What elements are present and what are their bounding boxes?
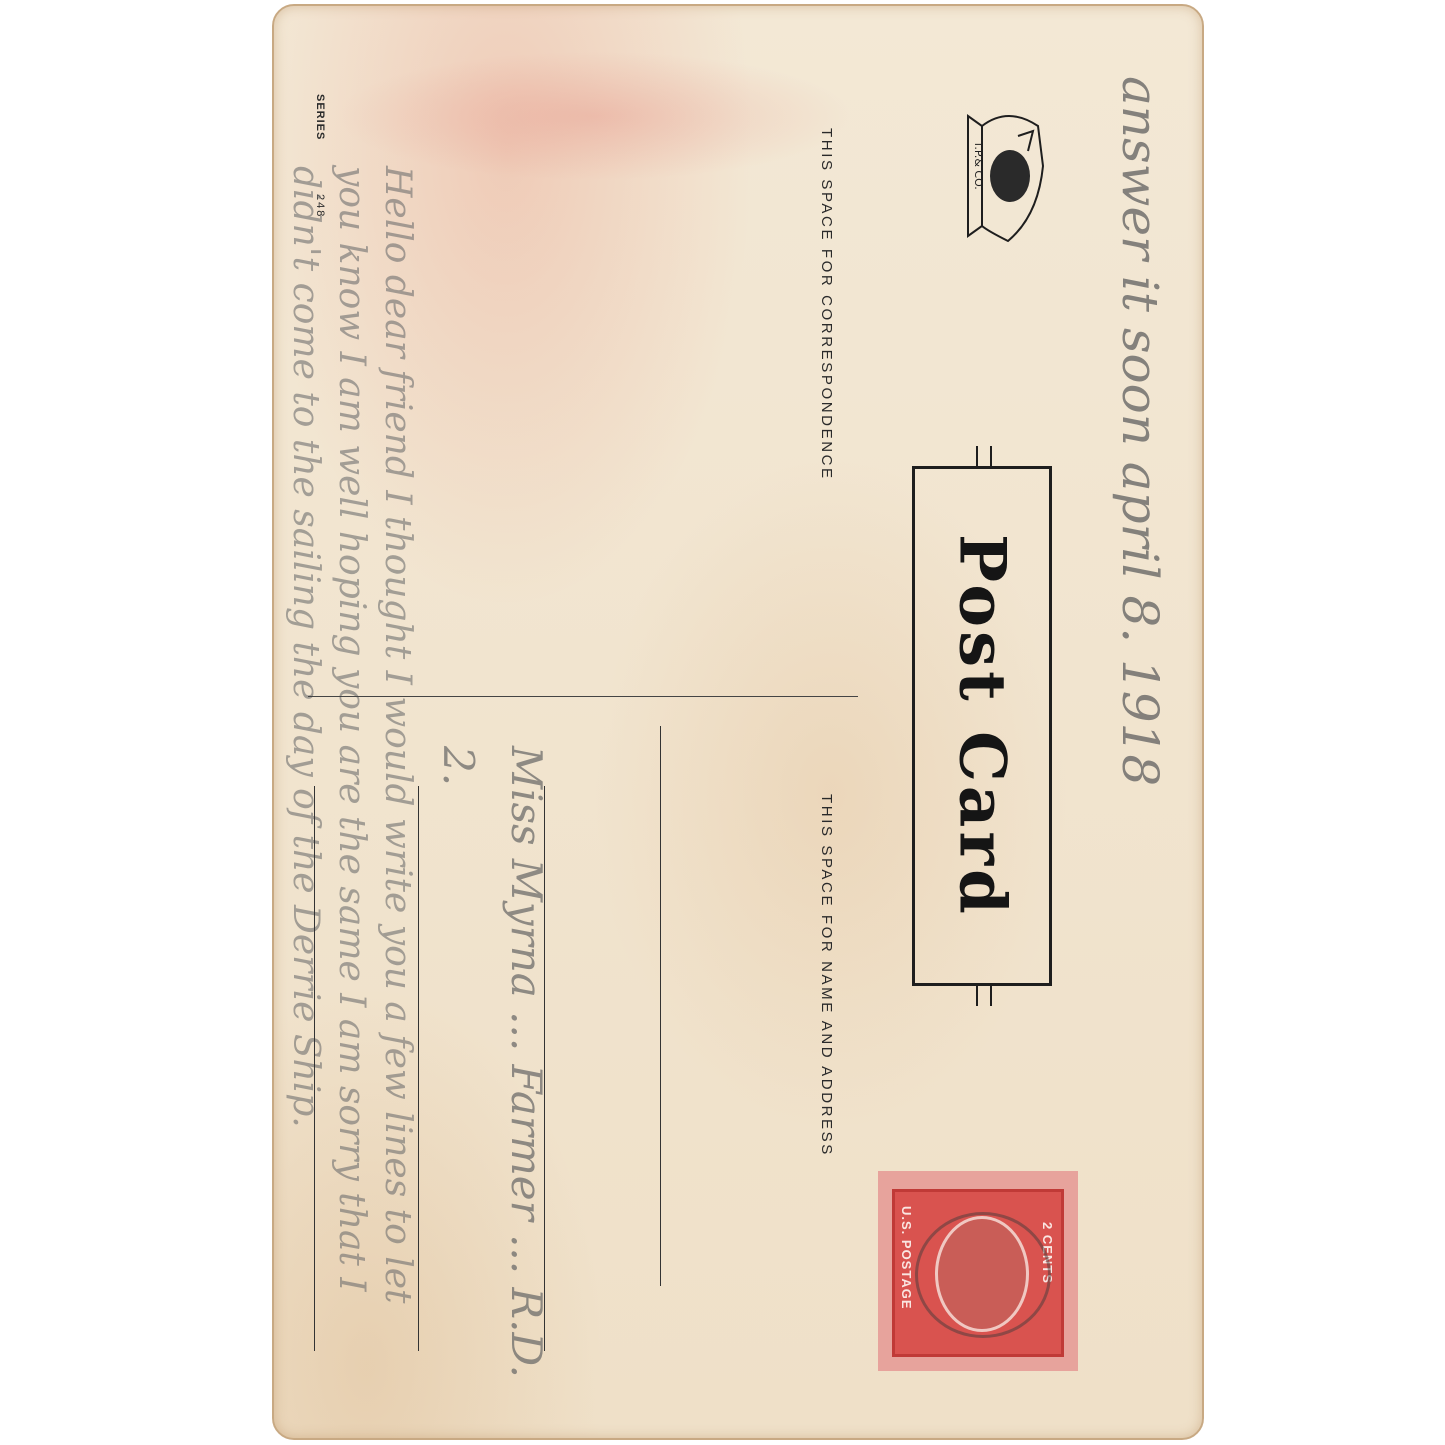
name-address-label: THIS SPACE FOR NAME AND ADDRESS (818, 794, 835, 1157)
series-label: SERIES (314, 94, 326, 140)
title-frame: Post Card (912, 466, 1052, 986)
divider-line (308, 696, 858, 697)
cancellation-mark-icon (915, 1212, 1051, 1338)
postcard-back: SERIES 248 Hello dear friend I thought I… (272, 4, 1204, 1440)
address-line (418, 786, 419, 1351)
logo-text: T.P.& CO. (972, 140, 985, 190)
handwritten-date-note: answer it soon april 8. 1918 (1110, 76, 1170, 786)
postage-stamp: U.S. POSTAGE 2 CENTS (878, 1171, 1078, 1371)
handwritten-message: Hello dear friend I thought I would writ… (282, 166, 420, 1366)
stamp-frame: U.S. POSTAGE 2 CENTS (892, 1189, 1064, 1357)
red-smudge (334, 51, 854, 181)
correspondence-label: THIS SPACE FOR CORRESPONDENCE (818, 128, 835, 481)
title-stub (976, 446, 992, 468)
address-line (660, 726, 661, 1286)
publisher-logo-icon: T.P.& CO. (948, 96, 1058, 256)
title-stub (976, 984, 992, 1006)
stamp-left-text: U.S. POSTAGE (899, 1206, 914, 1310)
post-card-title: Post Card (915, 469, 1049, 983)
handwritten-address: Miss Myrna ... Farmer ... R.D. 2. (424, 746, 560, 1386)
address-line (314, 786, 315, 1351)
